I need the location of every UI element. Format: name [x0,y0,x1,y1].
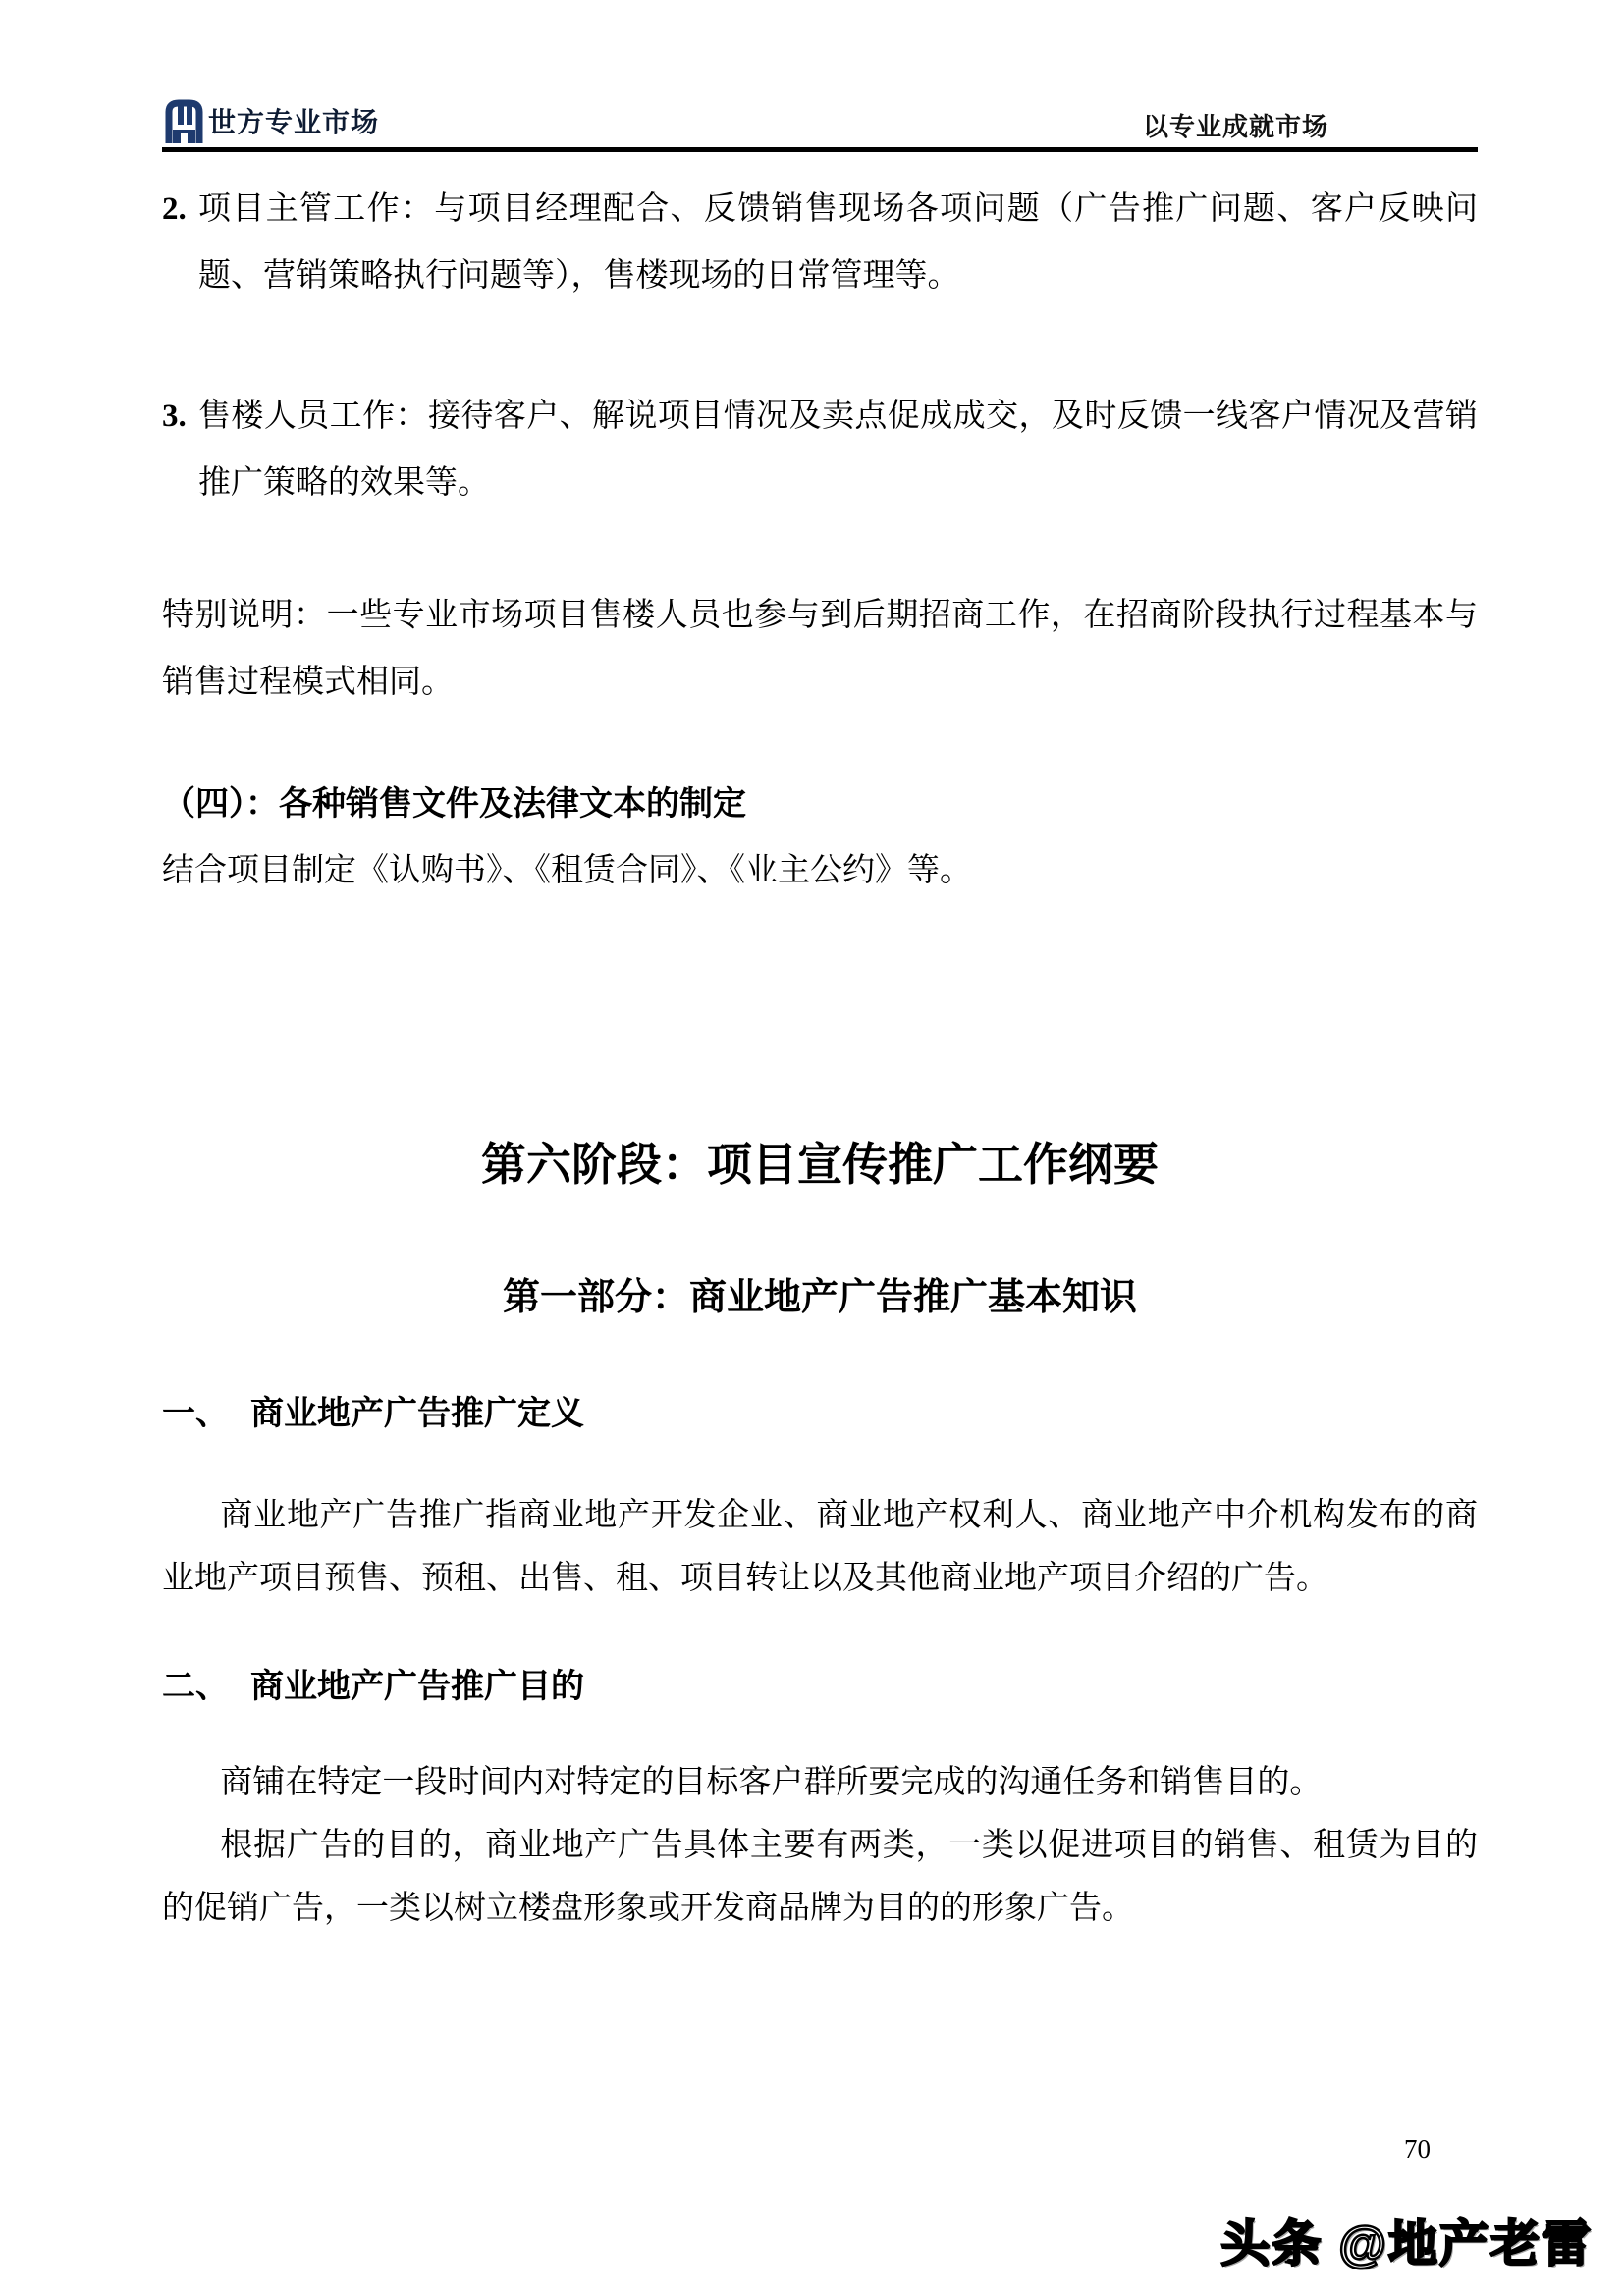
header-slogan: 以专业成就市场 [1143,107,1328,143]
list-item-text: 售楼人员工作：接待客户、解说项目情况及卖点促成成交，及时反馈一线客户情况及营销推… [198,383,1478,516]
section-purpose-title: 二、 商业地产广告推广目的 [162,1653,1478,1720]
list-item-text: 项目主管工作：与项目经理配合、反馈销售现场各项问题（广告推广问题、客户反映问题、… [198,176,1478,309]
brand: 世方专业市场 [162,98,379,143]
section-paragraph: 商业地产广告推广指商业地产开发企业、商业地产权利人、商业地产中介机构发布的商业地… [162,1484,1478,1610]
section-number: 二、 [162,1653,250,1720]
section-number: 一、 [162,1380,250,1447]
section-four-heading: （四）：各种销售文件及法律文本的制定 [162,771,1478,837]
document-page: 世方专业市场 以专业成就市场 2. 项目主管工作：与项目经理配合、反馈销售现场各… [0,0,1624,2296]
page-number: 70 [162,2132,1478,2165]
page-header: 世方专业市场 以专业成就市场 [162,0,1478,152]
section-paragraph: 根据广告的目的，商业地产广告具体主要有两类，一类以促进项目的销售、租赁为目的的促… [162,1814,1478,1940]
list-item: 2. 项目主管工作：与项目经理配合、反馈销售现场各项问题（广告推广问题、客户反映… [162,176,1478,309]
section-four-body: 结合项目制定《认购书》、《租赁合同》、《业主公约》等。 [162,837,1478,904]
list-item: 3. 售楼人员工作：接待客户、解说项目情况及卖点促成成交，及时反馈一线客户情况及… [162,383,1478,516]
special-note: 特别说明：一些专业市场项目售楼人员也参与到后期招商工作，在招商阶段执行过程基本与… [162,582,1478,716]
list-item-number: 2. [162,176,198,309]
section-paragraph: 商铺在特定一段时间内对特定的目标客户群所要完成的沟通任务和销售目的。 [162,1751,1478,1814]
part-heading: 第一部分：商业地产广告推广基本知识 [162,1266,1478,1329]
watermark: 头条 @地产老雷 [1220,2205,1593,2275]
brand-text: 世方专业市场 [208,101,379,140]
section-title-text: 商业地产广告推广定义 [250,1380,584,1447]
stage-heading: 第六阶段：项目宣传推广工作纲要 [162,1129,1478,1200]
company-logo-icon [162,98,205,143]
list-item-number: 3. [162,383,198,516]
section-definition-title: 一、 商业地产广告推广定义 [162,1380,1478,1447]
section-title-text: 商业地产广告推广目的 [250,1653,584,1720]
